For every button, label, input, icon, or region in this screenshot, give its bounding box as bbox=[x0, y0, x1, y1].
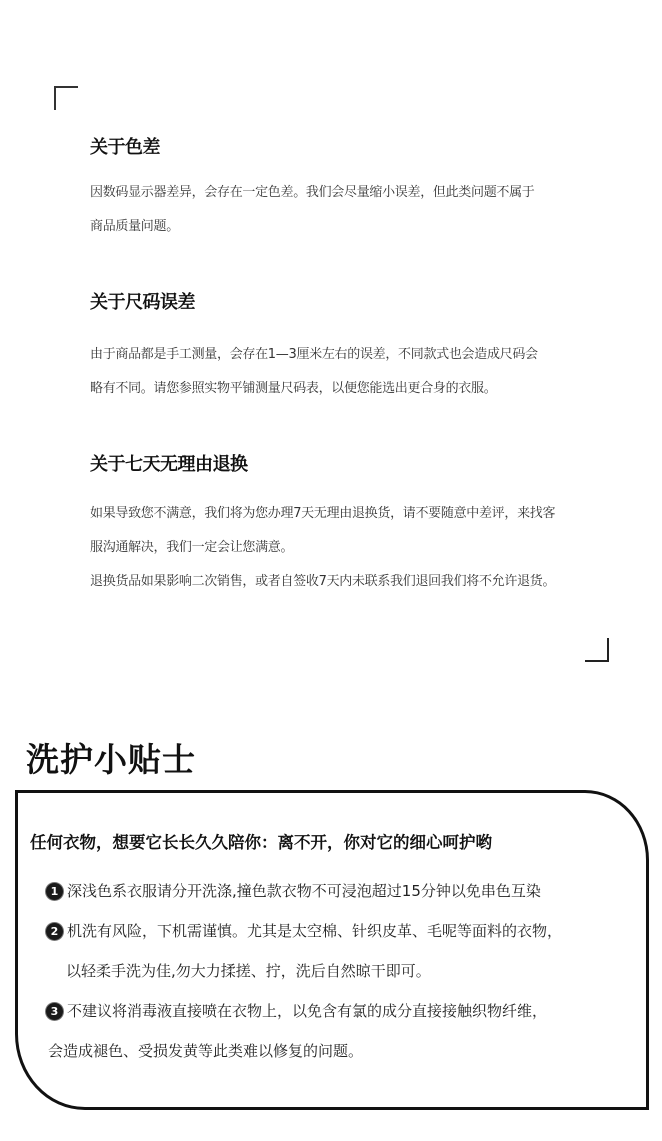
number-1-icon: 1 bbox=[46, 883, 63, 900]
text-line: 略有不同。请您参照实物平铺测量尺码表，以便您能选出更合身的衣服。 bbox=[90, 372, 590, 406]
text-line: 退换货品如果影响二次销售，或者自签收7天内未联系我们退回我们将不允许退货。 bbox=[90, 565, 590, 599]
corner-bracket-bottom-right bbox=[585, 638, 609, 662]
care-item-1: 1深浅色系衣服请分开洗涤,撞色款衣物不可浸泡超过15分钟以免串色互染 bbox=[46, 880, 541, 901]
care-tips-title: 洗护小贴士 bbox=[26, 734, 196, 781]
seven-day-return-text: 如果导致您不满意，我们将为您办理7天无理由退换货，请不要随意中差评，来找客 服沟… bbox=[90, 497, 590, 599]
text-line: 由于商品都是手工测量，会存在1—3厘米左右的误差，不同款式也会造成尺码会 bbox=[90, 338, 590, 372]
text-line: 商品质量问题。 bbox=[90, 210, 590, 244]
size-error-text: 由于商品都是手工测量，会存在1—3厘米左右的误差，不同款式也会造成尺码会 略有不… bbox=[90, 338, 590, 406]
care-item-2: 2机洗有风险，下机需谨慎。尤其是太空棉、针织皮革、毛呢等面料的衣物， bbox=[46, 920, 562, 941]
care-item-3: 3不建议将消毒液直接喷在衣物上，以免含有氯的成分直接接触织物纤维， bbox=[46, 1000, 547, 1021]
size-error-heading: 关于尺码误差 bbox=[90, 288, 195, 314]
care-tips-intro: 任何衣物，想要它长长久久陪你：离不开，你对它的细心呵护哟 bbox=[30, 829, 492, 853]
color-difference-text: 因数码显示器差异，会存在一定色差。我们会尽量缩小误差，但此类问题不属于 商品质量… bbox=[90, 176, 590, 244]
care-item-3-continued: 会造成褪色、受损发黄等此类难以修复的问题。 bbox=[48, 1040, 363, 1061]
care-item-2-continued: 以轻柔手洗为佳,勿大力揉搓、拧，洗后自然晾干即可。 bbox=[66, 960, 431, 981]
number-2-icon: 2 bbox=[46, 923, 63, 940]
text-line: 因数码显示器差异，会存在一定色差。我们会尽量缩小误差，但此类问题不属于 bbox=[90, 176, 590, 210]
care-item-text: 机洗有风险，下机需谨慎。尤其是太空棉、针织皮革、毛呢等面料的衣物， bbox=[67, 922, 562, 940]
care-item-text: 深浅色系衣服请分开洗涤,撞色款衣物不可浸泡超过15分钟以免串色互染 bbox=[67, 882, 541, 900]
number-3-icon: 3 bbox=[46, 1003, 63, 1020]
seven-day-return-heading: 关于七天无理由退换 bbox=[90, 450, 248, 476]
corner-bracket-top-left bbox=[54, 86, 78, 110]
text-line: 服沟通解决，我们一定会让您满意。 bbox=[90, 531, 590, 565]
text-line: 如果导致您不满意，我们将为您办理7天无理由退换货，请不要随意中差评，来找客 bbox=[90, 497, 590, 531]
care-item-text: 不建议将消毒液直接喷在衣物上，以免含有氯的成分直接接触织物纤维， bbox=[67, 1002, 547, 1020]
color-difference-heading: 关于色差 bbox=[90, 133, 160, 159]
